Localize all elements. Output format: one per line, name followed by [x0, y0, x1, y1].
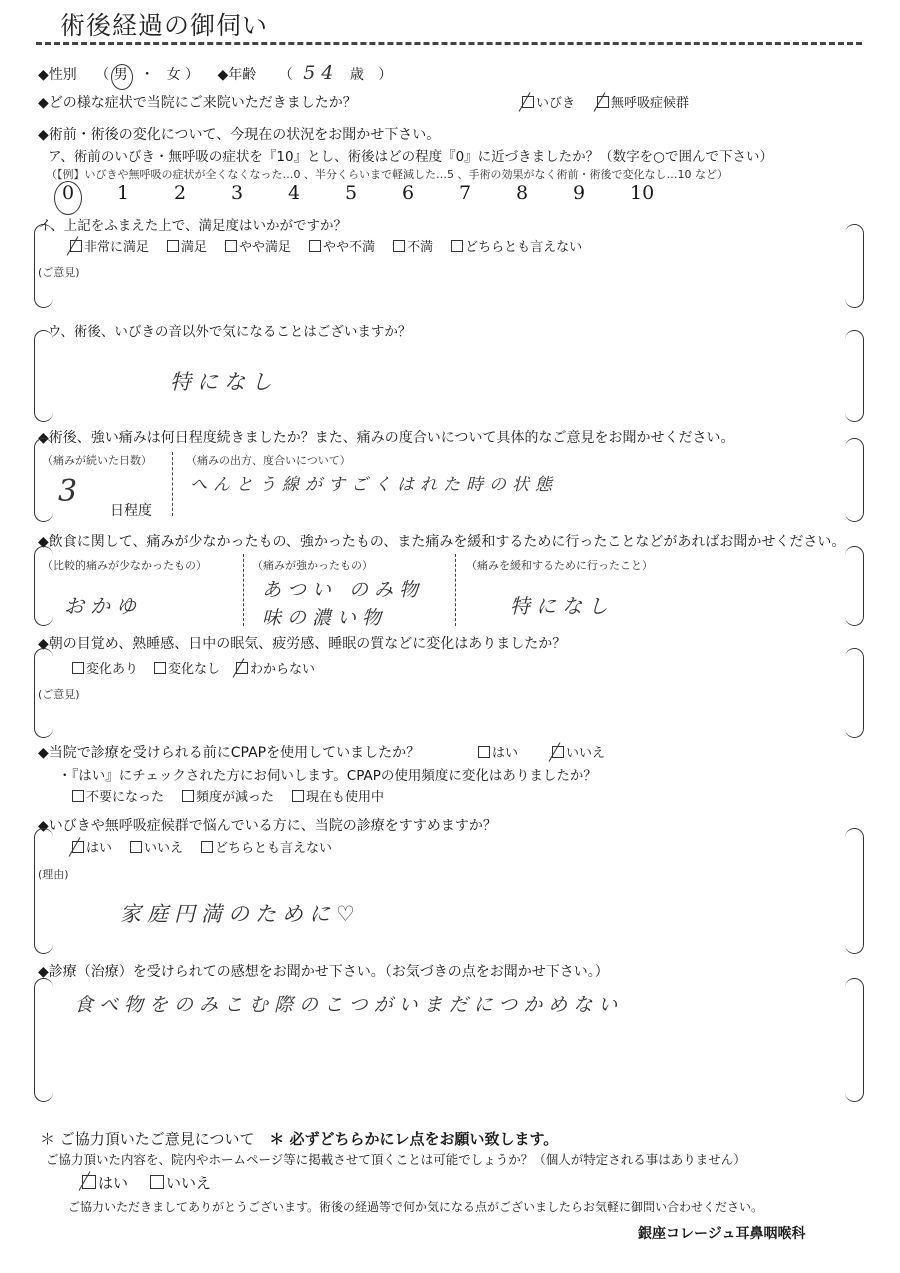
clinic-name: 銀座コレージュ耳鼻咽喉科 [638, 1223, 805, 1243]
recommend-option[interactable]: いいえ [130, 837, 183, 856]
selected-circle [54, 181, 82, 215]
score-4[interactable]: 4 [288, 182, 345, 204]
pain-days-value[interactable]: 3 [58, 474, 83, 509]
profile-row: ◆性別 （ 男 ・ 女 ） ◆年齢 （ 54 歳 ） [38, 62, 392, 84]
food-divider-1 [243, 554, 244, 626]
cpap-question: ◆当院で診療を受けられる前にCPAPを使用していましたか？ [38, 742, 420, 762]
age-label: ◆年齢 [218, 67, 257, 83]
score-scale: 0 1 2 3 4 5 6 7 8 9 10 [62, 182, 702, 204]
change-example: （【例】いびきや無呼吸の症状が全くなくなった…0 、半分くらいまで軽減した…5 … [46, 166, 728, 182]
score-7[interactable]: 7 [459, 182, 516, 204]
sleep-option[interactable]: 変化あり [72, 658, 138, 677]
sleep-comment-label: (ご意見) [38, 686, 80, 702]
sleep-option[interactable]: 変化なし [154, 658, 220, 677]
checkbox-checked[interactable] [597, 96, 609, 108]
selected-circle [111, 64, 133, 90]
impressions-question: ◆診療（治療）を受けられての感想をお聞かせ下さい。（お気づきの点をお聞かせ下さい… [38, 961, 609, 981]
cpap-followup-option[interactable]: 現在も使用中 [292, 786, 384, 805]
score-3[interactable]: 3 [231, 182, 288, 204]
cpap-followup-option[interactable]: 頻度が減った [182, 786, 274, 805]
recommend-option[interactable]: はい [72, 837, 112, 856]
score-0[interactable]: 0 [62, 182, 117, 204]
recommend-reason-label: (理由) [38, 866, 69, 882]
satisfaction-option[interactable]: 満足 [167, 236, 207, 255]
food-col-3-answer[interactable]: 特になし [510, 590, 614, 619]
recommend-reason[interactable]: 家庭円満のために♡ [120, 898, 361, 928]
satisfaction-comment-label: (ご意見) [38, 264, 80, 280]
symptom-option-snoring[interactable]: いびき [522, 92, 575, 111]
satisfaction-option[interactable]: やや満足 [225, 236, 291, 255]
sleep-options: 変化あり 変化なし わからない [72, 658, 315, 677]
pain-degree-answer[interactable]: へんとう線がすごくはれた時の状態 [190, 470, 558, 495]
consent-question: ご協力頂いた内容を、院内やホームページ等に掲載させて頂くことは可能でしょうか？（… [46, 1150, 746, 1168]
pain-divider [172, 452, 173, 516]
gender-label: ◆性別 [38, 67, 77, 83]
score-6[interactable]: 6 [402, 182, 459, 204]
food-col-2-label: （痛みが強かったもの） [252, 557, 373, 573]
sleep-option[interactable]: わからない [236, 658, 315, 677]
cpap-option-no[interactable]: いいえ [552, 742, 605, 761]
score-2[interactable]: 2 [174, 182, 231, 204]
cpap-followup: ・『はい』にチェックされた方にお伺いします。CPAPの使用頻度に変化はありました… [58, 764, 597, 784]
recommend-options: はい いいえ どちらとも言えない [72, 837, 332, 856]
satisfaction-option[interactable]: どちらとも言えない [451, 236, 582, 255]
other-concerns-box [36, 332, 862, 420]
pain-days-unit: 日程度 [110, 500, 152, 520]
score-10[interactable]: 10 [630, 182, 687, 204]
consent-heading: ＊ ご協力頂いたご意見について ＊ 必ずどちらかにレ点をお願い致します。 [40, 1128, 558, 1149]
pain-degree-label: （痛みの出方、度合いについて） [186, 452, 351, 468]
food-col-1-answer[interactable]: おかゆ [64, 590, 142, 619]
title-divider [36, 42, 862, 45]
pain-days-label: （痛みが続いた日数） [42, 452, 152, 468]
satisfaction-option[interactable]: 不満 [393, 236, 433, 255]
change-subquestion-a: ア、術前のいびき・無呼吸の症状を『10』とし、術後はどの程度『0』に近づきました… [48, 145, 773, 165]
consent-options: はい いいえ [82, 1172, 211, 1193]
food-col-2-answer[interactable]: あつい のみ物 味の濃い物 [262, 576, 424, 632]
score-9[interactable]: 9 [573, 182, 630, 204]
food-col-3-label: （痛みを緩和するために行ったこと） [466, 557, 653, 573]
score-8[interactable]: 8 [516, 182, 573, 204]
symptoms-question: ◆どの様な症状で当院にご来院いただきましたか？ [38, 92, 357, 112]
gender-option-male[interactable]: 男 [114, 67, 132, 83]
consent-option-yes[interactable]: はい [82, 1172, 128, 1193]
score-5[interactable]: 5 [345, 182, 402, 204]
satisfaction-option[interactable]: 非常に満足 [70, 236, 149, 255]
food-divider-2 [455, 554, 456, 626]
change-question: ◆術前・術後の変化について、今現在の状況をお聞かせ下さい。 [38, 124, 440, 144]
page-title: 術後経過の御伺い [60, 6, 268, 42]
cpap-option-yes[interactable]: はい [478, 742, 518, 761]
other-concerns-answer[interactable]: 特になし [170, 366, 278, 396]
thanks-message: ご協力いただきましてありがとうございます。術後の経過等で何か気になる点がございま… [68, 1198, 763, 1215]
satisfaction-option[interactable]: やや不満 [309, 236, 375, 255]
gender-option-female[interactable]: 女 [167, 67, 181, 83]
score-1[interactable]: 1 [117, 182, 174, 204]
cpap-followup-option[interactable]: 不要になった [72, 786, 164, 805]
checkbox-checked[interactable] [522, 96, 534, 108]
consent-option-no[interactable]: いいえ [150, 1172, 211, 1193]
cpap-followup-options: 不要になった 頻度が減った 現在も使用中 [72, 786, 384, 805]
satisfaction-options: 非常に満足 満足 やや満足 やや不満 不満 どちらとも言えない [70, 236, 582, 255]
food-col-1-label: （比較的痛みが少なかったもの） [42, 557, 207, 573]
recommend-option[interactable]: どちらとも言えない [201, 837, 332, 856]
symptom-option-apnea[interactable]: 無呼吸症候群 [597, 92, 689, 111]
impressions-answer[interactable]: 食べ物をのみこむ際のこつがいまだにつかめない [74, 990, 623, 1017]
age-field[interactable]: 54 [303, 62, 339, 84]
